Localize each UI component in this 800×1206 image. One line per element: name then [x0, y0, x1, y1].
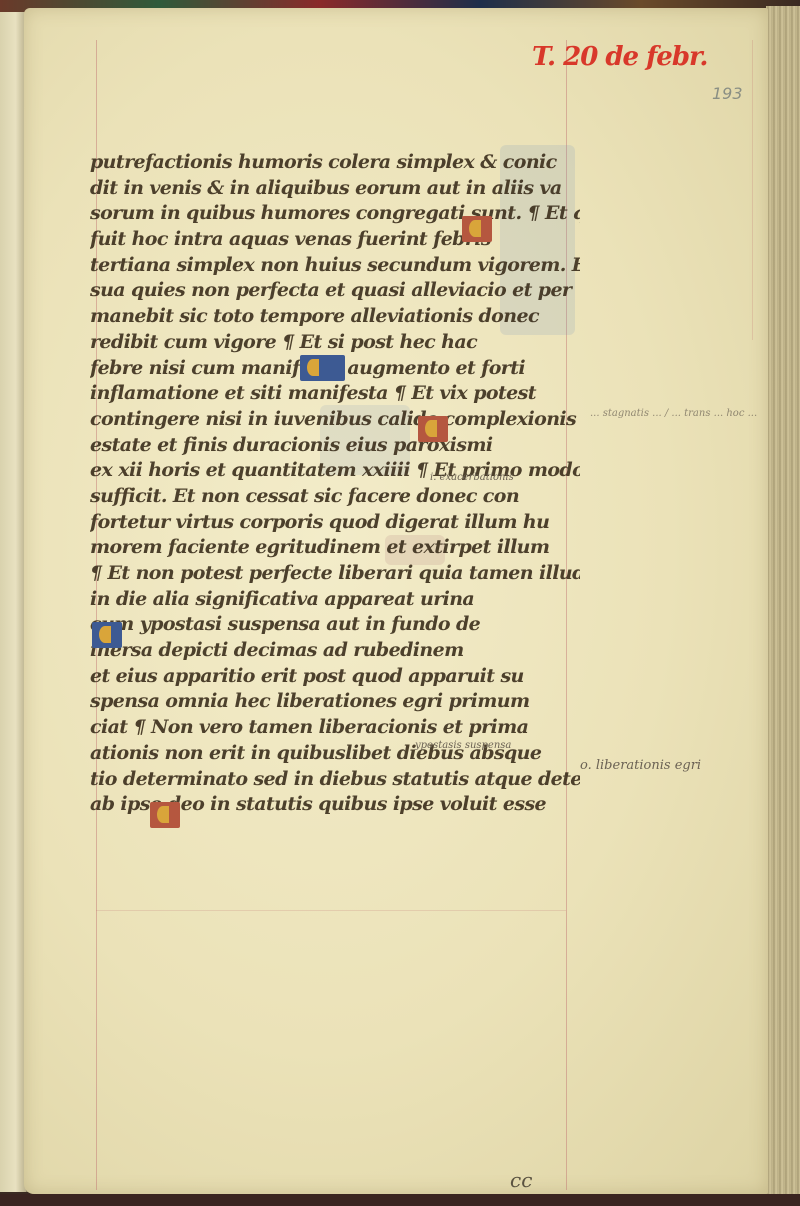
text-line: estate et finis duracionis eius paroxism… [90, 433, 580, 459]
text-line: manebit sic toto tempore alleviationis d… [90, 304, 580, 330]
text-line: ¶ Et non potest perfecte liberari quia t… [90, 561, 580, 587]
decorated-initial-blue [300, 355, 345, 381]
text-line: contingere nisi in iuvenibus calide comp… [90, 407, 580, 433]
text-block-fore-edge [766, 6, 800, 1196]
text-line: tio determinato sed in diebus statutis a… [90, 767, 580, 793]
decorated-initial-red [462, 216, 492, 242]
interlinear-gloss: ypostasis suspensa [415, 740, 511, 751]
book-binding-bottom [0, 1194, 800, 1206]
decorated-initial-blue [92, 622, 122, 648]
text-line: morem faciente egritudinem et extirpet i… [90, 535, 580, 561]
text-line: sufficit. Et non cessat sic facere donec… [90, 484, 580, 510]
text-line: putrefactionis humoris colera simplex & … [90, 150, 580, 176]
text-line: inersa depicti decimas ad rubedinem [90, 638, 580, 664]
running-header-rubric: T. 20 de febr. [532, 42, 707, 72]
main-text-column: putrefactionis humoris colera simplex & … [90, 150, 580, 818]
marginal-note: o. liberationis egri [580, 758, 701, 773]
text-line: dit in venis & in aliquibus eorum aut in… [90, 176, 580, 202]
text-line: ciat ¶ Non vero tamen liberacionis et pr… [90, 715, 580, 741]
text-line: spensa omnia hec liberationes egri primu… [90, 689, 580, 715]
text-line: inflamatione et siti manifesta ¶ Et vix … [90, 381, 580, 407]
ruling-bottom [96, 910, 566, 911]
folio-number: 193 [712, 84, 743, 103]
text-line: cum ypostasi suspensa aut in fundo de [90, 612, 580, 638]
text-line: in die alia significativa appareat urina [90, 587, 580, 613]
interlinear-gloss: i. exacerbationis [430, 472, 514, 483]
text-line: sua quies non perfecta et quasi alleviac… [90, 278, 580, 304]
text-line: redibit cum vigore ¶ Et si post hec hac [90, 330, 580, 356]
text-line: fortetur virtus corporis quod digerat il… [90, 510, 580, 536]
text-line: sorum in quibus humores congregati sunt.… [90, 201, 580, 227]
text-line: tertiana simplex non huius secundum vigo… [90, 253, 580, 279]
decorated-initial-red [418, 416, 448, 442]
text-line: fuit hoc intra aquas venas fuerint febri… [90, 227, 580, 253]
text-line: et eius apparitio erit post quod apparui… [90, 664, 580, 690]
marginal-note: ... stagnatis ... / ... trans ... hoc ..… [590, 408, 760, 419]
decorated-initial-red [150, 802, 180, 828]
ruling-outer [752, 40, 753, 340]
quire-signature: cc [510, 1168, 532, 1192]
